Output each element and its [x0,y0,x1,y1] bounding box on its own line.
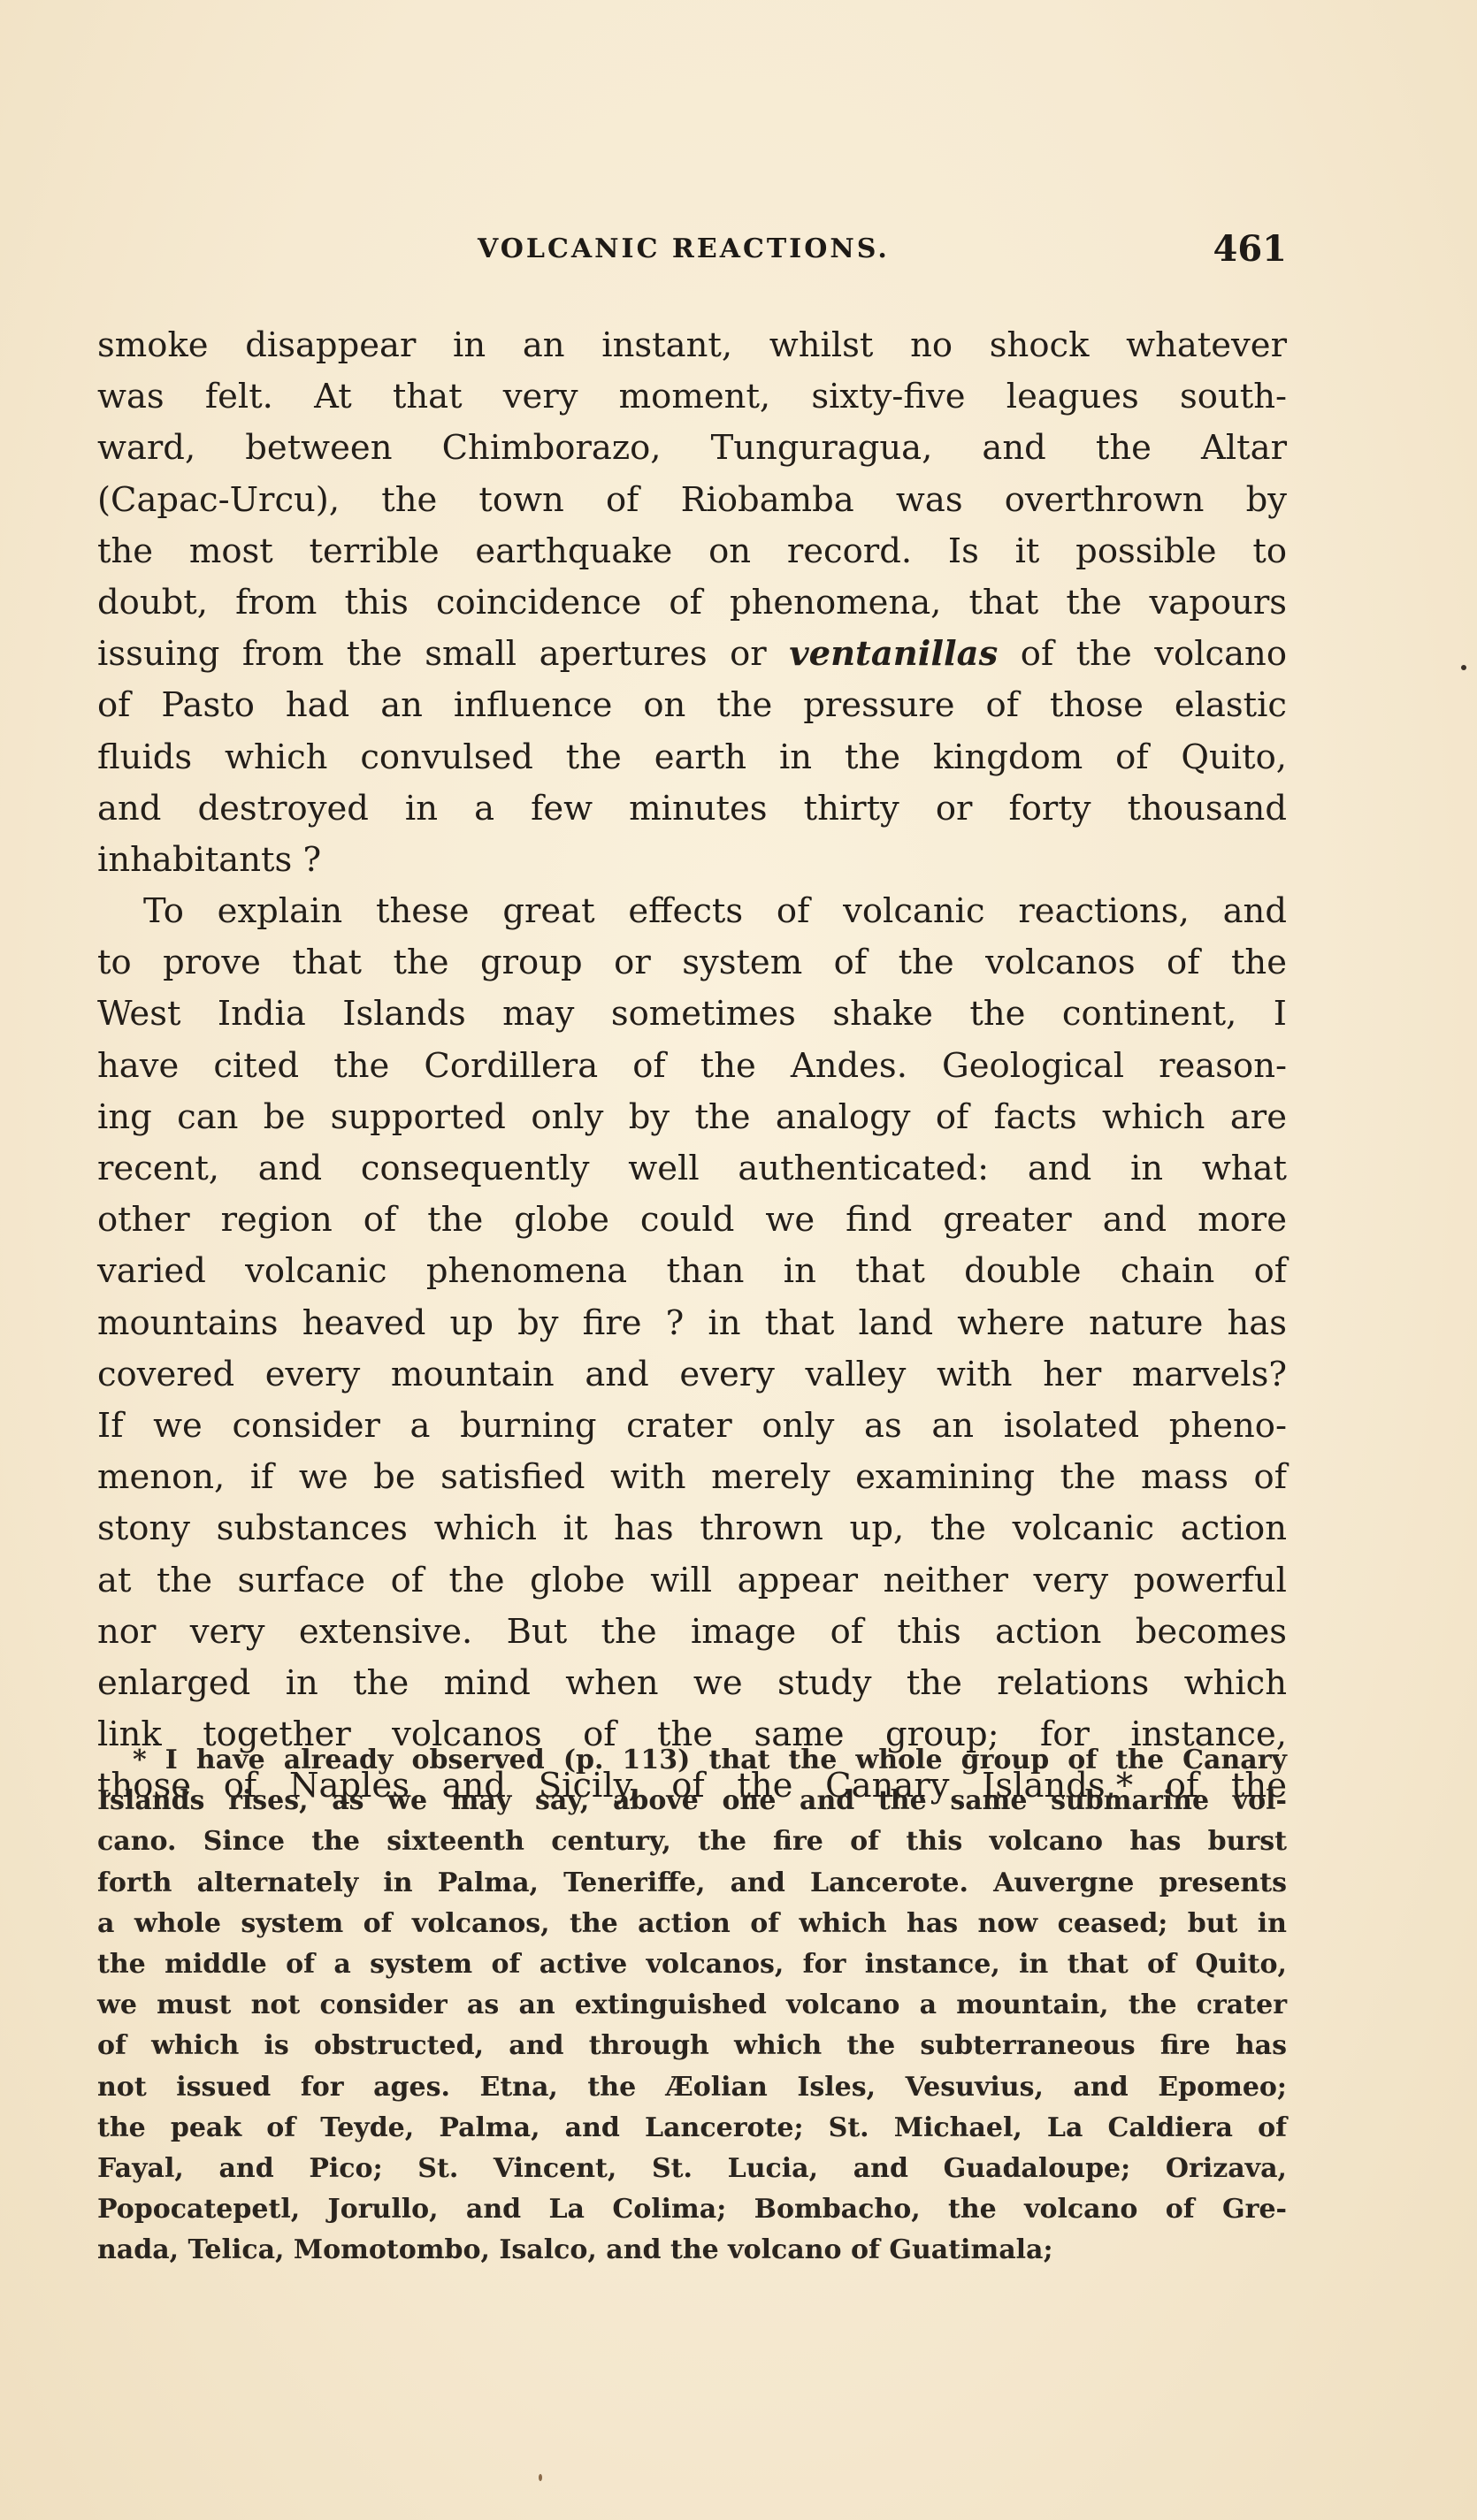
text-line: was felt. At that very moment, sixty-fiv… [97,371,1287,423]
text-fragment: issuing from the small apertures or [97,634,789,674]
text-line: enlarged in the mind when we study the r… [97,1658,1287,1709]
footnote-line: not issued for ages. Etna, the Æolian Is… [97,2067,1287,2108]
text-line: the most terrible earthquake on record. … [97,526,1287,577]
text-line: (Capac-Urcu), the town of Riobamba was o… [97,475,1287,526]
footnote-line: * I have already observed (p. 113) that … [97,1740,1287,1781]
footnote-line: Islands rises, as we may say, above one … [97,1781,1287,1821]
italic-term: ventanillas [789,634,998,674]
text-line: smoke disappear in an instant, whilst no… [97,320,1287,371]
text-line: recent, and consequently well authentica… [97,1143,1287,1195]
paragraph-start-line: To explain these great effects of volcan… [97,886,1287,937]
footnote-line: cano. Since the sixteenth century, the f… [97,1821,1287,1862]
text-line: other region of the globe could we find … [97,1195,1287,1246]
paper-speck [1461,665,1466,670]
text-line: to prove that the group or system of the… [97,937,1287,989]
footnote-line: Popocatepetl, Jorullo, and La Colima; Bo… [97,2189,1287,2230]
running-head: VOLCANIC REACTIONS. 461 [97,228,1287,272]
footnote-line: of which is obstructed, and through whic… [97,2026,1287,2066]
text-line: stony substances which it has thrown up,… [97,1503,1287,1554]
text-line: menon, if we be satisfied with merely ex… [97,1452,1287,1503]
footnote: * I have already observed (p. 113) that … [97,1740,1287,2271]
text-line: ing can be supported only by the analogy… [97,1092,1287,1143]
text-line: doubt, from this coincidence of phenomen… [97,577,1287,629]
footnote-line: nada, Telica, Momotombo, Isalco, and the… [97,2230,1287,2271]
paper-speck [539,2474,542,2481]
text-line: West India Islands may sometimes shake t… [97,989,1287,1040]
book-page: VOLCANIC REACTIONS. 461 smoke disappear … [0,0,1477,2520]
footnote-line: Fayal, and Pico; St. Vincent, St. Lucia,… [97,2149,1287,2189]
footnote-line: the peak of Teyde, Palma, and Lancerote;… [97,2108,1287,2149]
main-text: smoke disappear in an instant, whilst no… [97,320,1287,1812]
text-line: have cited the Cordillera of the Andes. … [97,1041,1287,1092]
text-line-with-italic: issuing from the small apertures or vent… [97,629,1287,680]
footnote-line: a whole system of volcanos, the action o… [97,1904,1287,1944]
text-line: of Pasto had an influence on the pressur… [97,680,1287,731]
text-line: nor very extensive. But the image of thi… [97,1607,1287,1658]
text-line: and destroyed in a few minutes thirty or… [97,783,1287,835]
footnote-line: we must not consider as an extinguished … [97,1985,1287,2026]
text-fragment: of the volcano [998,634,1287,674]
text-line: at the surface of the globe will appear … [97,1555,1287,1607]
text-line: varied volcanic phenomena than in that d… [97,1246,1287,1297]
text-line: If we consider a burning crater only as … [97,1401,1287,1452]
footnote-line: forth alternately in Palma, Teneriffe, a… [97,1863,1287,1904]
running-title: VOLCANIC REACTIONS. [478,233,890,264]
text-line: inhabitants ? [97,835,1287,886]
text-line: ward, between Chimborazo, Tunguragua, an… [97,423,1287,474]
text-line: fluids which convulsed the earth in the … [97,732,1287,783]
text-line: mountains heaved up by fire ? in that la… [97,1298,1287,1349]
page-number: 461 [1213,228,1288,270]
footnote-line: the middle of a system of active volcano… [97,1944,1287,1985]
text-line: covered every mountain and every valley … [97,1349,1287,1401]
